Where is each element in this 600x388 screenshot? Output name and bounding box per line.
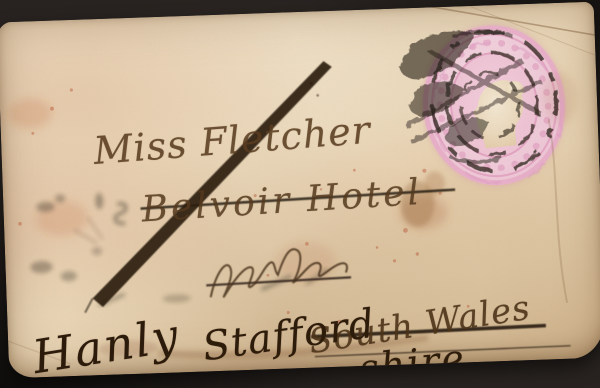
envelope: Miss Fletcher Belvoir Hotel South Wales … (0, 2, 600, 379)
photo-canvas: Miss Fletcher Belvoir Hotel South Wales … (0, 0, 600, 388)
